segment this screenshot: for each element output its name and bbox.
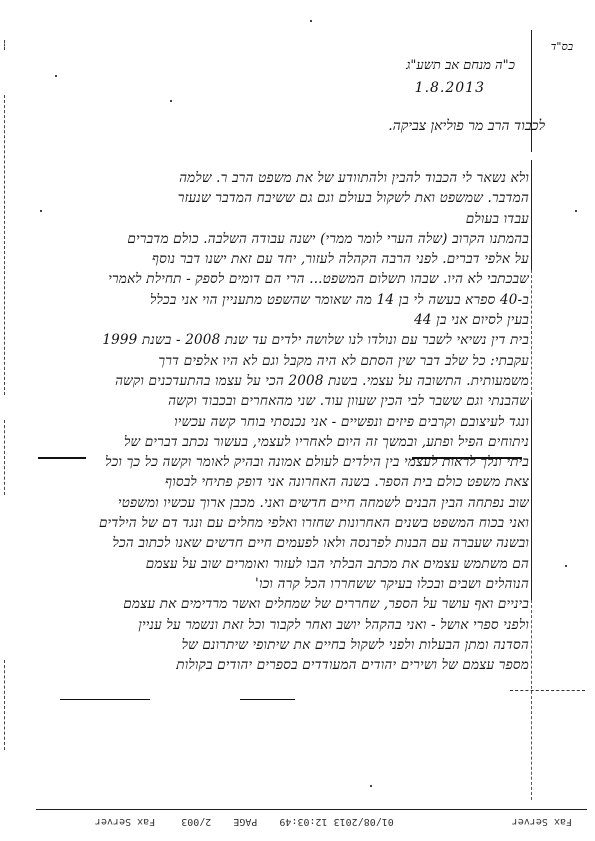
body-line: ואני בכוח המשפט בשנים האחרונות שחזרו ואל… xyxy=(49,513,529,533)
strike-through-mark xyxy=(38,457,86,459)
underline-mark xyxy=(240,699,295,700)
scan-speck xyxy=(310,20,312,22)
body-line: הם משתמש עצמים את מכתב הבלתי הבו לעזור ו… xyxy=(49,554,529,574)
letter-header: כ"ה מנחם אב תשע"ג 1.8.2013 xyxy=(406,55,515,99)
body-line: ובשנה שעברה עם הבנות לפרנסה ולאו לפעמים … xyxy=(49,533,529,553)
body-line: בית דין נשיאי לשבר עם ונולדו לנו שלושה י… xyxy=(49,330,529,350)
body-line: מספר עצמם של ושירים יהודים המעודדים בספר… xyxy=(49,655,529,675)
body-line: שהבנתי וגם ששבר לבי הכין שעוון עוד. שני … xyxy=(49,391,529,411)
scan-speck xyxy=(170,100,172,102)
body-line: צאת משפט כולם בית הספר. בשנה האחרונה אני… xyxy=(49,472,529,492)
scan-speck xyxy=(40,210,42,212)
scan-speck xyxy=(575,210,577,212)
body-line: בעין לסיום אני בן 44 xyxy=(49,310,529,330)
body-line: הסדנה ומתן הבעלות ולפני לשקול בחיים את ש… xyxy=(49,635,529,655)
margin-dotted-line xyxy=(531,270,532,400)
strike-through-mark xyxy=(412,457,522,459)
fax-server-label: Fax Server xyxy=(95,817,155,828)
scan-speck xyxy=(370,785,372,787)
letter-body: ולא נשאר לי הכבוד להבין ולהתוודע של את מ… xyxy=(49,168,529,675)
body-line: ולא נשאר לי הכבוד להבין ולהתוודע של את מ… xyxy=(49,168,529,188)
corner-note: בס"ד xyxy=(551,40,573,53)
salutation: לכבוד הרב מר פוליאן צביקה. xyxy=(388,118,545,135)
fax-timestamp: 01/08/2013 12:03:49 xyxy=(279,817,393,828)
body-line: משמעותית. התשובה על עצמי. בשנת 2008 הכי … xyxy=(49,371,529,391)
scan-speck xyxy=(55,75,57,77)
fax-page-label: PAGE xyxy=(233,817,257,828)
body-line: על אלפי דברים. לפני הרבה הקהלה לעזור, יח… xyxy=(49,249,529,269)
underline-mark xyxy=(60,699,150,700)
body-line: ניתוחים הפיל ופתע, ובמשך זה היום לאחריו … xyxy=(49,432,529,452)
body-line: ב-40 ספרא בעשה לי בן 14 מה שאומר שהשפט מ… xyxy=(49,290,529,310)
body-line: ביתי ונלך לראות לעצמי בין הילדים לעולם א… xyxy=(49,452,529,472)
margin-line xyxy=(531,400,532,600)
body-line: ולפני ספרי אושל - ואני בהקהל יושב ואחר ל… xyxy=(49,615,529,635)
body-line: שוב נפתחה הבין הבנים לשמחה חיים חדשים וא… xyxy=(49,493,529,513)
scan-artifact xyxy=(4,420,5,495)
body-line: ונגד לעיצובם וקרבים פיזים ונפשיים - אני … xyxy=(49,412,529,432)
body-line: שבכתבי לא היו. שבהו תשלום המשפט... הרי ה… xyxy=(49,269,529,289)
dashed-mark xyxy=(510,690,585,692)
fax-footer: Fax Server 01/08/2013 12:03:49 PAGE 2/00… xyxy=(60,814,580,830)
hebrew-date: כ"ה מנחם אב תשע"ג xyxy=(406,55,515,77)
scan-artifact xyxy=(4,40,5,50)
body-line: הנוהלים ושבים ובכלו בעיקר ששחררו הכל קרה… xyxy=(49,574,529,594)
fax-footer-rule xyxy=(36,809,587,810)
margin-line xyxy=(531,160,532,270)
scanned-page: בס"ד כ"ה מנחם אב תשע"ג 1.8.2013 לכבוד הר… xyxy=(0,0,595,841)
fax-server-label: Fax Server xyxy=(512,817,572,828)
body-line: המדבר. שמשפט ואת לשקול בעולם וגם גם ששיב… xyxy=(49,188,529,208)
scan-artifact xyxy=(4,95,5,395)
body-line: ביניים ואף עושר על הספר, שחררים של שמחלי… xyxy=(49,594,529,614)
scan-artifact xyxy=(4,660,5,750)
scan-speck xyxy=(565,565,567,567)
body-line: בהמתנו הקרוב (שלה הערי לומר ממרי) ישנה ע… xyxy=(49,229,529,249)
fax-page-number: 2/003 xyxy=(181,817,211,828)
gregorian-date: 1.8.2013 xyxy=(406,77,515,99)
body-line: עקבתי: כל שלב דבר שין הסתם לא היה מקבל ו… xyxy=(49,351,529,371)
body-line: עבדו בעולם xyxy=(49,209,529,229)
margin-line xyxy=(531,30,532,130)
margin-dotted-line xyxy=(531,600,532,800)
